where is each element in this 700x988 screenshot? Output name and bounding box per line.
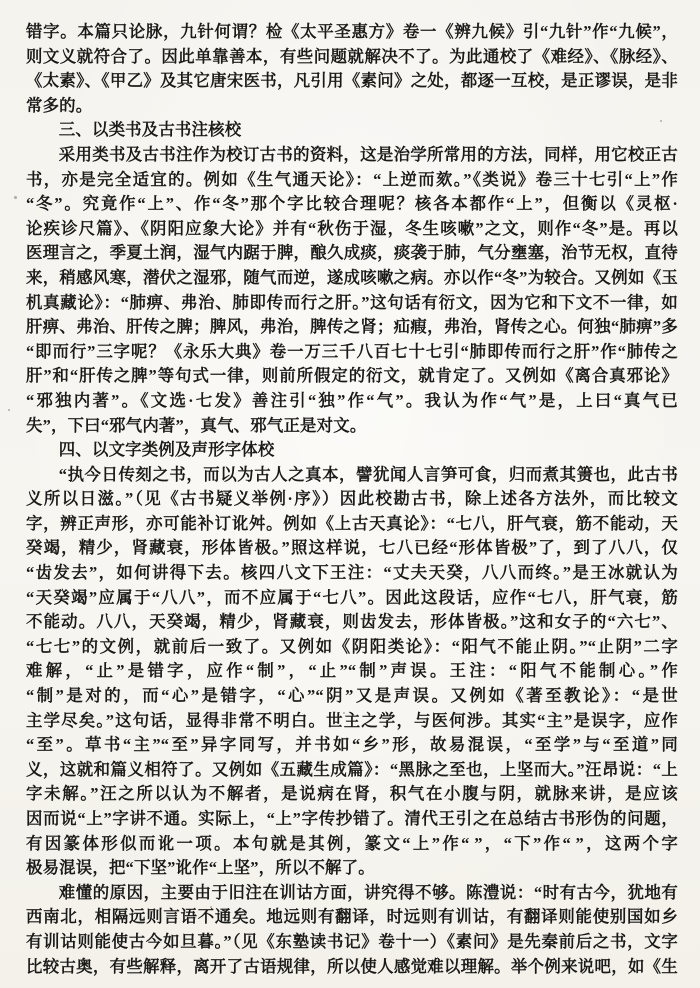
text-line: “七七”的文例，就前后一致了。又例如《阴阳类论》：“阳气不能止阴。”“止阴”二字 bbox=[26, 635, 678, 660]
text-line: “天癸竭”应属于“八八”，而不应属于“七八”。因此这段话，应作“七八，肝气衰，筋 bbox=[26, 586, 678, 611]
text-line: 癸竭，精少，肾藏衰，形体皆极。”照这样说，七八已经“形体皆极”了，到了八八，仅 bbox=[26, 536, 678, 561]
text-line: 肝痹、弗治、肝传之脾；脾风，弗治，脾传之肾；疝瘕，弗治，肾传之心。何独“肺痹”多 bbox=[26, 315, 678, 340]
text-line: 机真藏论》：“肺痹、弗治、肺即传而行之肝。”这句话有衍文，因为它和下文不一律，如 bbox=[26, 291, 678, 316]
text-line: “齿发去”，如何讲得下去。核四八文下王注：“丈夫天癸，八八而终。”是王冰就认为 bbox=[26, 561, 678, 586]
text-line: “冬”。究竟作“上”、作“冬”那个字比较合理呢？核各本都作“上”，但衡以《灵枢· bbox=[26, 192, 678, 217]
text-line: 字，辨正声形，亦可能补订讹舛。例如《上古天真论》：“七八，肝气衰，筋不能动，天 bbox=[26, 512, 678, 537]
text-line: 论疾诊尺篇》、《阴阳应象大论》并有“秋伤于湿，冬生咳嗽”之文，则作“冬”是。再以 bbox=[26, 217, 678, 242]
section-heading-4: 四、以文字类例及声形字体校 bbox=[26, 438, 678, 463]
text-line: “邪独内著”。《文选·七发》善注引“独”作“气”。我认为作“气”是，上曰“真气已 bbox=[26, 389, 678, 414]
text-line: “即而行”三字呢？《永乐大典》卷一万三千八百七十七引“肺即传而行之肝”作“肺传之 bbox=[26, 340, 678, 365]
text-line: “制”是对的，而“心”是错字，“心”“阴”又是声误。又例如《著至教论》：“是世 bbox=[26, 684, 678, 709]
text-line: 西南北，相隔远则言语不通矣。地远则有翻译，时远则有训诂，有翻译则能使别国如乡邻， bbox=[26, 905, 678, 930]
text-line: 义，这就和篇义相符了。又例如《五藏生成篇》：“黑脉之至也，上坚而大。”汪昂说：“… bbox=[26, 758, 678, 783]
text-block: 错字。本篇只论脉，九针何谓？检《太平圣惠方》卷一《辨九候》引“九针”作“九候”，… bbox=[26, 20, 678, 979]
text-line: 书，亦是完全适宜的。例如《生气通天论》：“上逆而欬。”《类说》卷三十七引“上”作 bbox=[26, 168, 678, 193]
text-line: 采用类书及古书注作为校订古书的资料，这是治学所常用的方法，同样，用它校正古医 bbox=[26, 143, 678, 168]
scan-speckle bbox=[8, 409, 10, 411]
text-line: 极易混误，把“下坚”讹作“上坚”，所以不解了。 bbox=[26, 856, 678, 881]
text-line: 《太素》、《甲乙》及其它唐宋医书，凡引用《素问》之处，都逐一互校，是正谬误，是非 bbox=[26, 69, 678, 94]
text-line: 有因篆体形似而讹一项。本句就是其例，篆文“上”作“𠄞”，“下”作“𠄟”，这两个字 bbox=[26, 832, 678, 857]
section-heading-3: 三、以类书及古书注核校 bbox=[26, 118, 678, 143]
text-line: “至”。草书“主”“至”异字同写，并书如“乡”形，故易混误，“至学”与“至道”同 bbox=[26, 733, 678, 758]
text-line: 不能动。八八，天癸竭，精少，肾藏衰，则齿发去，形体皆极。”这和女子的“六七”、 bbox=[26, 610, 678, 635]
text-line: 难解，“止”是错字，应作“制”，“止”“制”声误。王注：“阳气不能制心。”作 bbox=[26, 659, 678, 684]
text-line: 常多的。 bbox=[26, 94, 678, 119]
text-line: 来，稍感风寒，潜伏之湿邪，随气而逆，遂成咳嗽之病。亦以作“冬”为较合。又例如《玉 bbox=[26, 266, 678, 291]
text-line: 有训诂则能使古今如旦暮。”（见《东塾读书记》卷十一）《素问》是先秦前后之书，文字 bbox=[26, 930, 678, 955]
text-line: 难懂的原因，主要由于旧注在训诂方面，讲究得不够。陈澧说：“时有古今，犹地有东 bbox=[26, 881, 678, 906]
text-line: 义所以日滋。”（见《古书疑义举例·序》）因此校勘古书，除上述各方法外，而比较文 bbox=[26, 487, 678, 512]
text-line: 错字。本篇只论脉，九针何谓？检《太平圣惠方》卷一《辨九候》引“九针”作“九候”， bbox=[26, 20, 678, 45]
text-line: 比较古奥，有些解释，离开了古语规律，所以使人感觉难以理解。举个例来说吧，如《生气 bbox=[26, 955, 678, 980]
text-line: 主学尽矣。”这句话，显得非常不明白。世主之学，与医何涉。其实“主”是误字，应作 bbox=[26, 709, 678, 734]
scanned-book-page: 错字。本篇只论脉，九针何谓？检《太平圣惠方》卷一《辨九候》引“九针”作“九候”，… bbox=[0, 0, 700, 988]
text-line: “执今日传刻之书，而以为古人之真本，譬犹闻人言笋可食，归而煮其箦也，此古书疑 bbox=[26, 463, 678, 488]
text-line: 肝”和“肝传之脾”等句式一律，则前所假定的衍文，就肯定了。又例如《离合真邪论》 bbox=[26, 364, 678, 389]
text-line: 字未解。”汪之所以认为不解者，是说病在肾，积气在小腹与阴，就脉来讲，是应该在“下… bbox=[26, 782, 678, 807]
text-line: 失”，下曰“邪气内著”，真气、邪气正是对文。 bbox=[26, 414, 678, 439]
text-line: 因而说“上”字讲不通。实际上，“上”字传抄错了。清代王引之在总结古书形伪的问题， bbox=[26, 807, 678, 832]
text-line: 医理言之，季夏土润，湿气内踞于脾，酿久成痰，痰袭于肺，气分壅塞，治节无权，直待冬 bbox=[26, 241, 678, 266]
text-line: 则文义就符合了。因此单靠善本，有些问题就解决不了。为此通校了《难经》、《脉经》、 bbox=[26, 45, 678, 70]
scan-speckle bbox=[14, 196, 17, 199]
